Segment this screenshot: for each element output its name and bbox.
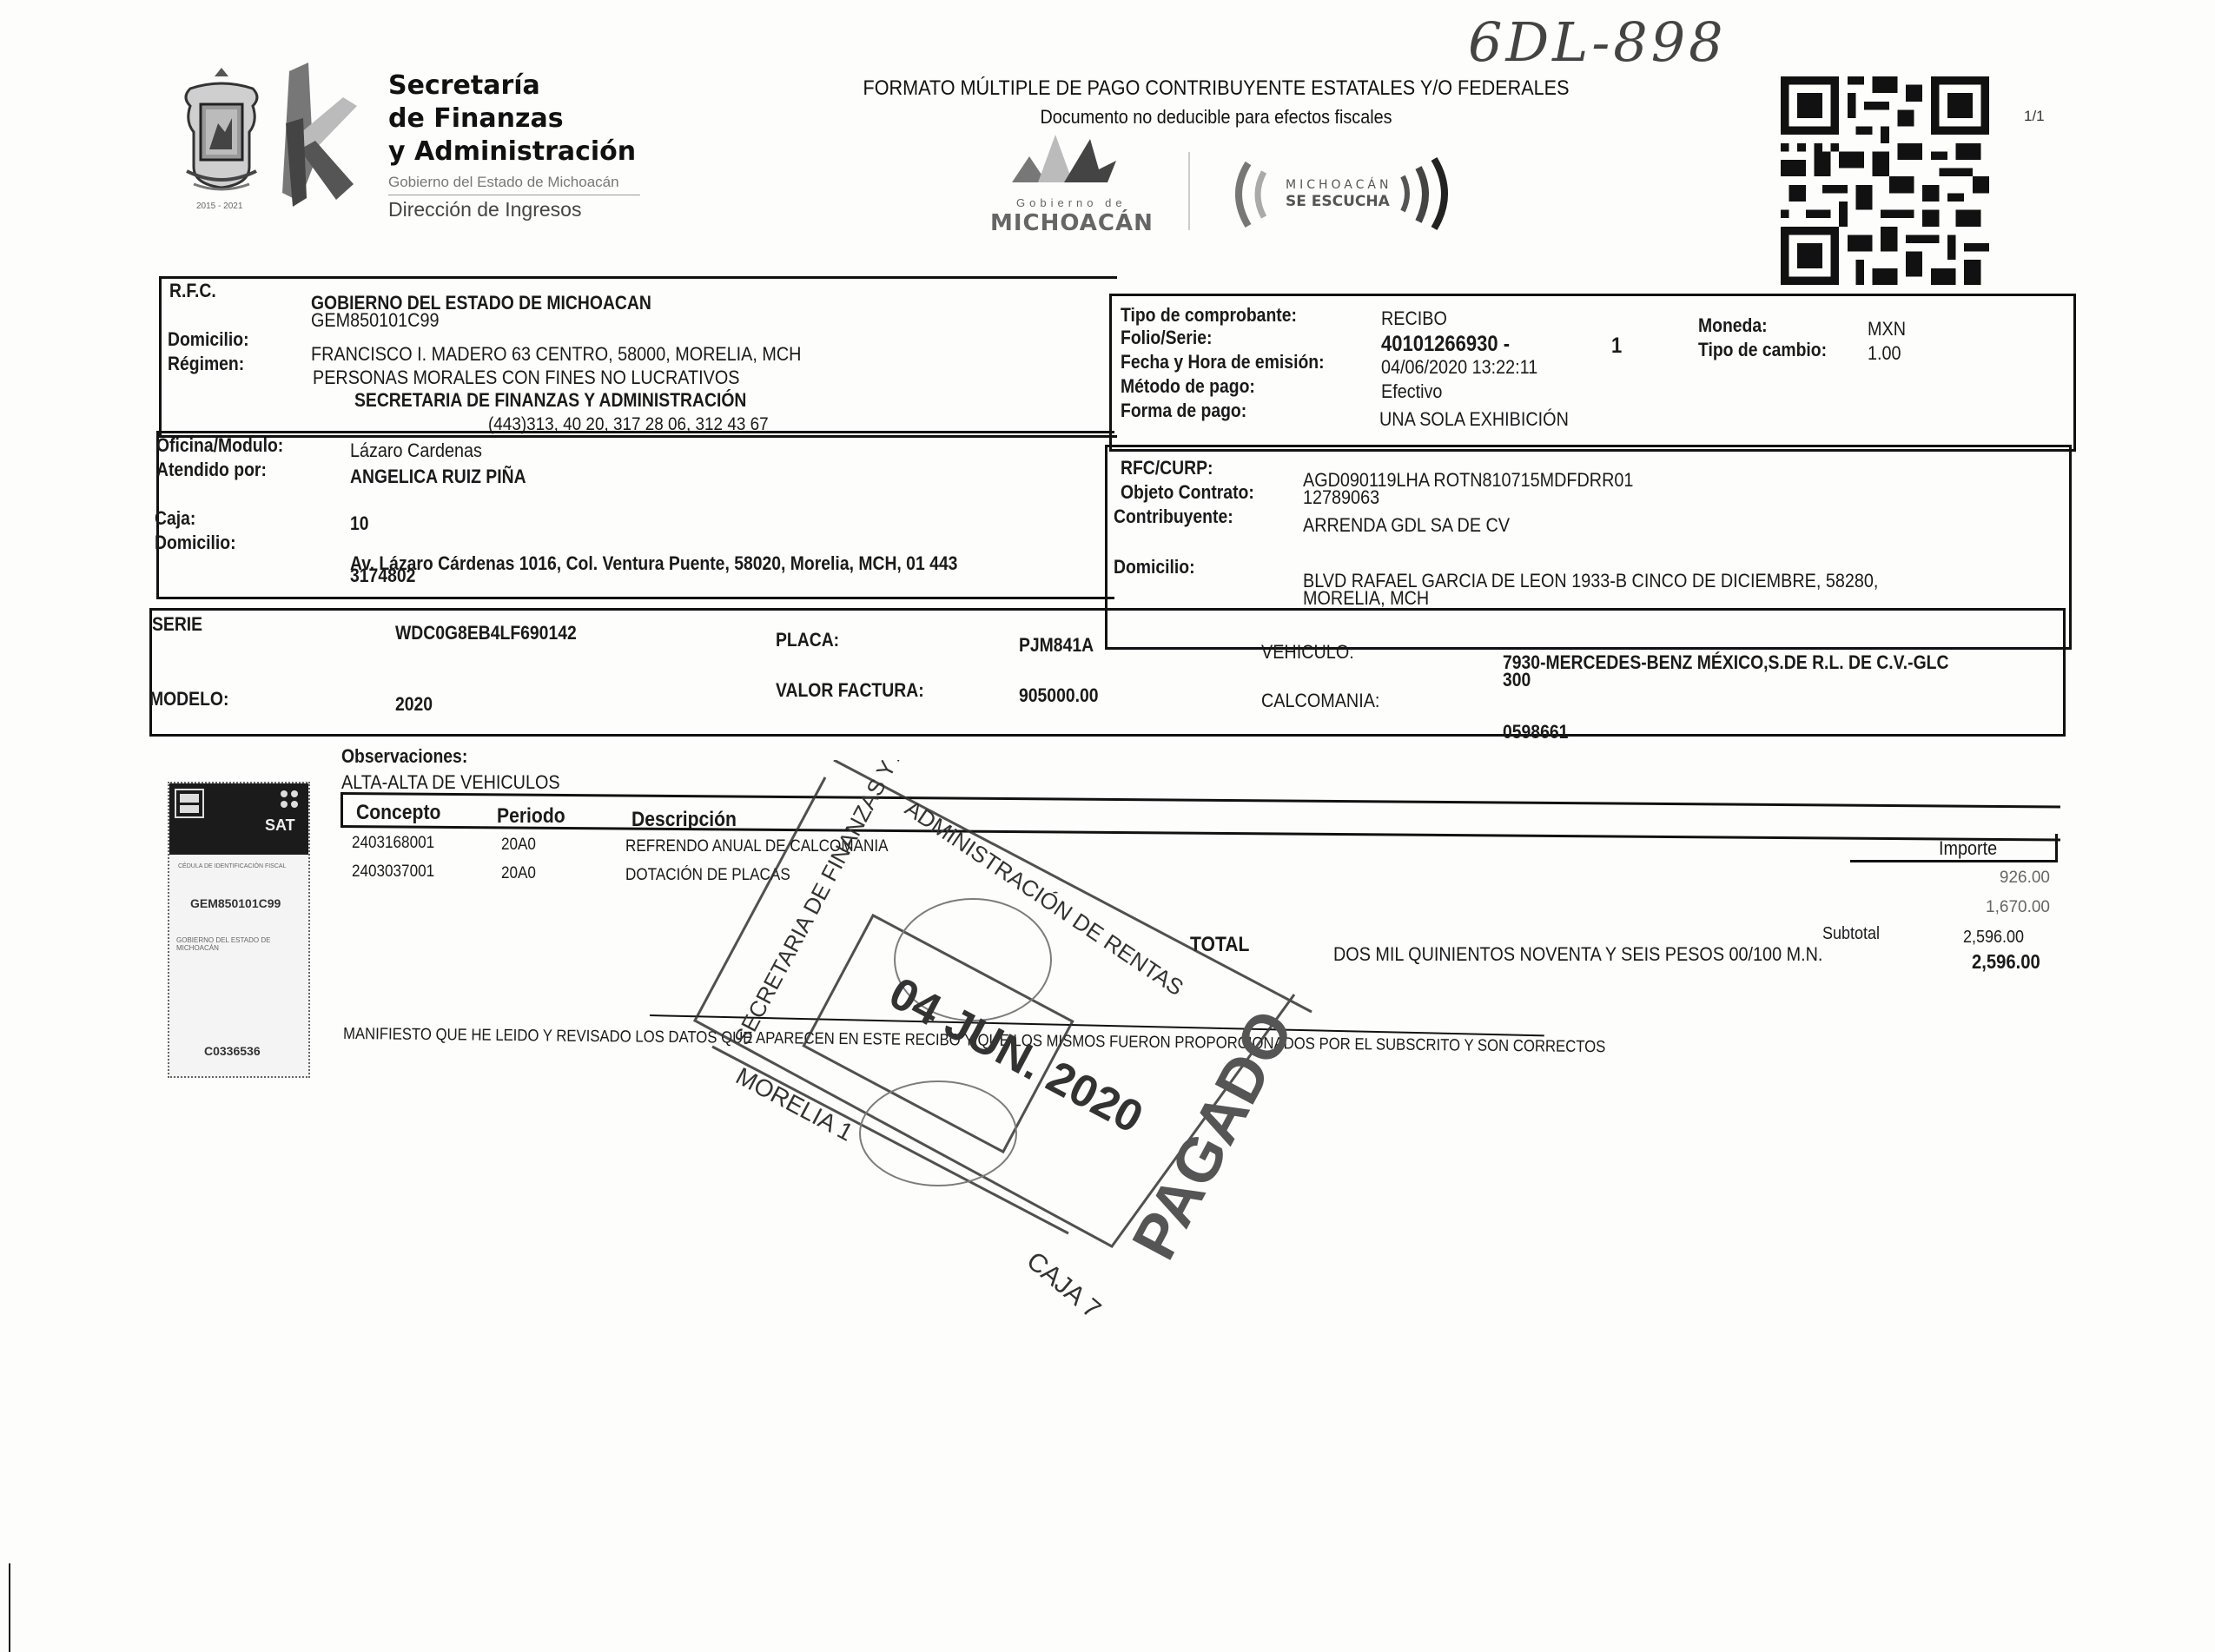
document-subtitle: Documento no deducible para efectos fisc… — [825, 106, 1607, 129]
tipo-comprobante-label: Tipo de comprobante: — [1121, 304, 1297, 327]
placa-label: PLACA: — [776, 629, 839, 651]
fecha-value: 04/06/2020 13:22:11 — [1381, 356, 1537, 379]
oficina-domicilio-line1: Av. Lázaro Cárdenas 1016, Col. Ventura P… — [350, 552, 957, 575]
logo-escucha-bottom: SE ESCUCHA — [1286, 193, 1390, 210]
document-title: FORMATO MÚLTIPLE DE PAGO CONTRIBUYENTE E… — [825, 76, 1607, 101]
logo-separator — [1188, 152, 1190, 230]
conceptos-left-border — [341, 792, 343, 827]
objeto-contrato-label: Objeto Contrato: — [1121, 481, 1254, 504]
emisor-regimen: PERSONAS MORALES CON FINES NO LUCRATIVOS — [313, 367, 739, 389]
emisor-rfc-label: R.F.C. — [169, 280, 216, 302]
logo-michoacan: MICHOACÁN — [990, 210, 1154, 236]
oficina-domicilio-label: Domicilio: — [155, 532, 236, 554]
caja-value: 10 — [350, 512, 369, 535]
valor-factura-value: 905000.00 — [1019, 684, 1099, 707]
contribuyente-value: ARRENDA GDL SA DE CV — [1303, 514, 1510, 537]
emisor-regimen-label: Régimen: — [168, 353, 244, 375]
sat-number: C0336536 — [204, 1044, 261, 1058]
stamp-date: 04 JUN. 2020 — [881, 968, 1151, 1143]
row-periodo: 20A0 — [501, 864, 536, 883]
fecha-label: Fecha y Hora de emisión: — [1121, 351, 1325, 373]
total-value: 2,596.00 — [1972, 950, 2040, 974]
coat-of-arms-icon — [178, 63, 265, 210]
issuer-title-line1: Secretaría — [388, 69, 636, 102]
contrib-domicilio-line2: MORELIA, MCH — [1303, 587, 1429, 610]
subtotal-value: 2,596.00 — [1963, 928, 2024, 948]
serie-value: WDC0G8EB4LF690142 — [395, 622, 577, 644]
row-concepto: 2403037001 — [352, 862, 434, 882]
header-periodo: Periodo — [497, 804, 565, 829]
emisor-domicilio-label: Domicilio: — [168, 328, 249, 351]
sat-dots-icon — [277, 789, 303, 809]
placa-value: PJM841A — [1019, 634, 1094, 657]
issuer-title: Secretaría de Finanzas y Administración — [388, 69, 636, 169]
header-importe: Importe — [1939, 837, 1997, 860]
page-indicator: 1/1 — [2024, 108, 2045, 125]
stamp-arc-left: SECRETARIA DE FINANZAS Y ADMINISTRACION — [729, 760, 995, 1049]
observaciones-label: Observaciones: — [341, 745, 467, 768]
stamp-arc-top: ADMINISTRACIÓN DE RENTAS — [901, 795, 1188, 1001]
moneda-value: MXN — [1868, 318, 1906, 340]
sat-brand: SAT — [265, 816, 295, 835]
contrib-rfc-label: RFC/CURP: — [1121, 457, 1213, 479]
row-concepto: 2403168001 — [352, 834, 434, 853]
issuer-subtitle: Gobierno del Estado de Michoacán — [388, 174, 619, 191]
observaciones-text: ALTA-ALTA DE VEHICULOS — [341, 771, 560, 794]
row-importe: 1,670.00 — [1954, 898, 2050, 917]
issuer-department: Dirección de Ingresos — [388, 198, 581, 221]
scan-edge-mark — [9, 1563, 10, 1652]
sat-card-header: SAT — [169, 783, 308, 855]
tipo-comprobante: RECIBO — [1381, 307, 1447, 330]
header-concepto: Concepto — [356, 801, 440, 825]
oficina-label: Oficina/Modulo: — [156, 434, 283, 457]
qr-code-icon — [1781, 76, 1989, 285]
forma-value: UNA SOLA EXHIBICIÓN — [1379, 408, 1569, 431]
contribuyente-label: Contribuyente: — [1114, 506, 1233, 528]
atendido-label: Atendido por: — [156, 459, 267, 481]
declaracion-text: MANIFIESTO QUE HE LEIDO Y REVISADO LOS D… — [343, 1025, 1606, 1057]
calcomania-label: CALCOMANIA: — [1261, 690, 1379, 712]
atendido-value: ANGELICA RUIZ PIÑA — [350, 466, 526, 488]
sat-caption: CÉDULA DE IDENTIFICACIÓN FISCAL — [178, 863, 286, 869]
emisor-domicilio: FRANCISCO I. MADERO 63 CENTRO, 58000, MO… — [311, 343, 801, 366]
tipo-cambio-label: Tipo de cambio: — [1698, 339, 1827, 361]
emisor-rfc: GEM850101C99 — [311, 309, 440, 332]
vehiculo-label: VEHICULO: — [1261, 641, 1354, 664]
vehiculo-line2: 300 — [1503, 669, 1531, 691]
folio-label: Folio/Serie: — [1121, 327, 1212, 349]
valor-factura-label: VALOR FACTURA: — [776, 679, 924, 702]
conceptos-top-border — [341, 792, 2060, 809]
row-importe: 926.00 — [1954, 869, 2050, 888]
logo-gobierno-de: Gobierno de — [1016, 196, 1127, 209]
shcp-logo-icon — [175, 789, 204, 818]
folio-value: 40101266930 - — [1381, 332, 1510, 357]
stamp-caja: CAJA 7 — [1022, 1246, 1107, 1325]
oficina-domicilio-line2: 3174802 — [350, 565, 415, 587]
gobierno-michoacan-logo-icon — [1003, 135, 1142, 195]
objeto-contrato-value: 12789063 — [1303, 486, 1379, 509]
emisor-dependencia: SECRETARIA DE FINANZAS Y ADMINISTRACIÓN — [354, 389, 746, 412]
modelo-label: MODELO: — [149, 688, 228, 710]
row-descripcion: REFRENDO ANUAL DE CALCOMANIA — [625, 837, 888, 856]
issuer-title-line2: de Finanzas — [388, 102, 636, 135]
handwritten-note: 6DL-898 — [1468, 10, 1727, 74]
caja-label: Caja: — [155, 507, 195, 530]
contrib-domicilio-label: Domicilio: — [1114, 556, 1195, 578]
issuer-divider — [388, 195, 640, 195]
sat-name: GOBIERNO DEL ESTADO DE MICHOACÁN — [176, 936, 298, 952]
metodo-label: Método de pago: — [1121, 375, 1255, 398]
oficina-value: Lázaro Cardenas — [350, 439, 482, 462]
sfa-k-logo-icon — [274, 63, 360, 210]
total-letra: DOS MIL QUINIENTOS NOVENTA Y SEIS PESOS … — [1333, 943, 1822, 966]
row-periodo: 20A0 — [501, 836, 536, 855]
forma-label: Forma de pago: — [1121, 400, 1246, 422]
serie-value: 1 — [1611, 334, 1622, 359]
vehiculo-line1: 7930-MERCEDES-BENZ MÉXICO,S.DE R.L. DE C… — [1503, 651, 1948, 674]
subtotal-label: Subtotal — [1822, 924, 1880, 944]
conceptos-header-border — [341, 825, 2060, 842]
metodo-value: Efectivo — [1381, 380, 1442, 403]
total-label: TOTAL — [1190, 933, 1249, 957]
calcomania-value: 0598661 — [1503, 721, 1568, 743]
sat-rfc: GEM850101C99 — [190, 896, 281, 910]
coat-years: 2015 - 2021 — [196, 202, 242, 211]
row-descripcion: DOTACIÓN DE PLACAS — [625, 866, 790, 885]
serie-label: SERIE — [152, 613, 202, 636]
tipo-cambio-value: 1.00 — [1868, 342, 1901, 365]
sat-cedula-card: SAT CÉDULA DE IDENTIFICACIÓN FISCAL GEM8… — [168, 782, 310, 1078]
logo-escucha-top: MICHOACÁN — [1286, 178, 1392, 192]
stamp-office: MORELIA 1 — [731, 1062, 857, 1146]
modelo-value: 2020 — [395, 693, 433, 716]
moneda-label: Moneda: — [1698, 314, 1768, 337]
issuer-title-line3: y Administración — [388, 135, 636, 169]
